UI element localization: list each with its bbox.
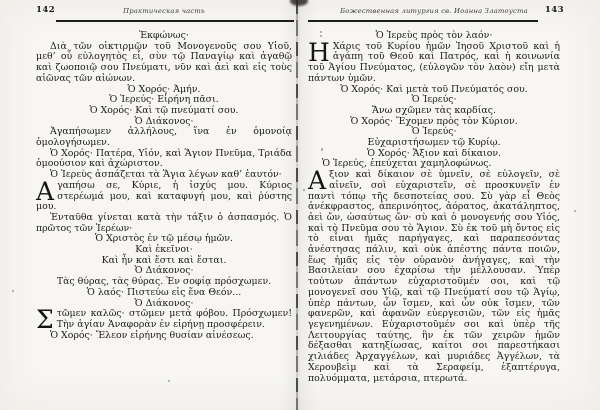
paragraph: Ἀγαπήσωμεν ἀλλήλους, ἵνα ἐν ὁμονοίᾳ ὁμολ… xyxy=(36,127,292,148)
drop-cap: Α xyxy=(36,181,57,201)
book-scan-spread: 142 Практическая часть Ἐκφώνως·Διὰ τῶν ο… xyxy=(0,0,600,410)
scan-speck xyxy=(320,35,322,37)
page-left: 142 Практическая часть Ἐκφώνως·Διὰ τῶν ο… xyxy=(36,0,292,341)
header-rule-right xyxy=(308,20,538,22)
drop-cap: Σ xyxy=(36,309,57,329)
page-left-body: Ἐκφώνως·Διὰ τῶν οἰκτιρμῶν τοῦ Μονογενοῦς… xyxy=(36,31,292,341)
paragraph: Ὁ Χορός· Ἔλεον εἰρήνης θυσίαν αἰνέσεως. xyxy=(36,331,292,342)
page-left-header: 142 Практическая часть xyxy=(36,0,292,24)
paragraph: Αξιον καὶ δίκαιον σὲ ὑμνεῖν, σὲ εὐλογεῖν… xyxy=(308,170,560,384)
scan-speck xyxy=(168,380,170,382)
centered-line: Ὁ λαός· Πιστεύω εἰς ἕνα Θεόν... xyxy=(36,288,292,299)
paragraph: Ὁ Χορός· Πατέρα, Υἱόν, καὶ Ἅγιον Πνεῦμα,… xyxy=(36,149,292,170)
scan-speck xyxy=(321,148,323,151)
gutter-ink-smudge xyxy=(290,0,308,6)
paragraph: Στῶμεν καλῶς· στῶμεν μετὰ φόβου. Πρόσχωμ… xyxy=(36,309,292,330)
drop-cap: Α xyxy=(308,170,329,190)
page-right-body: Ὁ Ἱερεὺς πρὸς τὸν λαόν·ΗΧάρις τοῦ Κυρίου… xyxy=(308,31,560,384)
page-right-header: 143 Божественная литургия св. Иоанна Зла… xyxy=(308,0,560,24)
scan-speck xyxy=(303,189,305,191)
paragraph: Διὰ τῶν οἰκτιρμῶν τοῦ Μονογενοῦς σου Υἱο… xyxy=(36,42,292,85)
gutter-binding-line xyxy=(296,0,298,410)
paragraph: ΗΧάρις τοῦ Κυρίου ἡμῶν Ἰησοῦ Χριστοῦ καὶ… xyxy=(308,42,560,85)
page-right: 143 Божественная литургия св. Иоанна Зла… xyxy=(308,0,560,384)
header-rule-left xyxy=(56,20,294,22)
scan-speck xyxy=(320,31,322,33)
running-title-right: Божественная литургия св. Иоанна Златоус… xyxy=(308,7,560,15)
scan-speck xyxy=(574,210,576,212)
paragraph: Αγαπήσω σε, Κύριε, ἡ ἰσχύς μου. Κύριος σ… xyxy=(36,181,292,213)
running-title-left: Практическая часть xyxy=(36,7,292,15)
paragraph: Ἐνταῦθα γίνεται κατὰ τὴν τάξιν ὁ ἀσπασμό… xyxy=(36,213,292,234)
scan-speck xyxy=(12,290,14,292)
drop-cap: Η xyxy=(308,42,333,62)
